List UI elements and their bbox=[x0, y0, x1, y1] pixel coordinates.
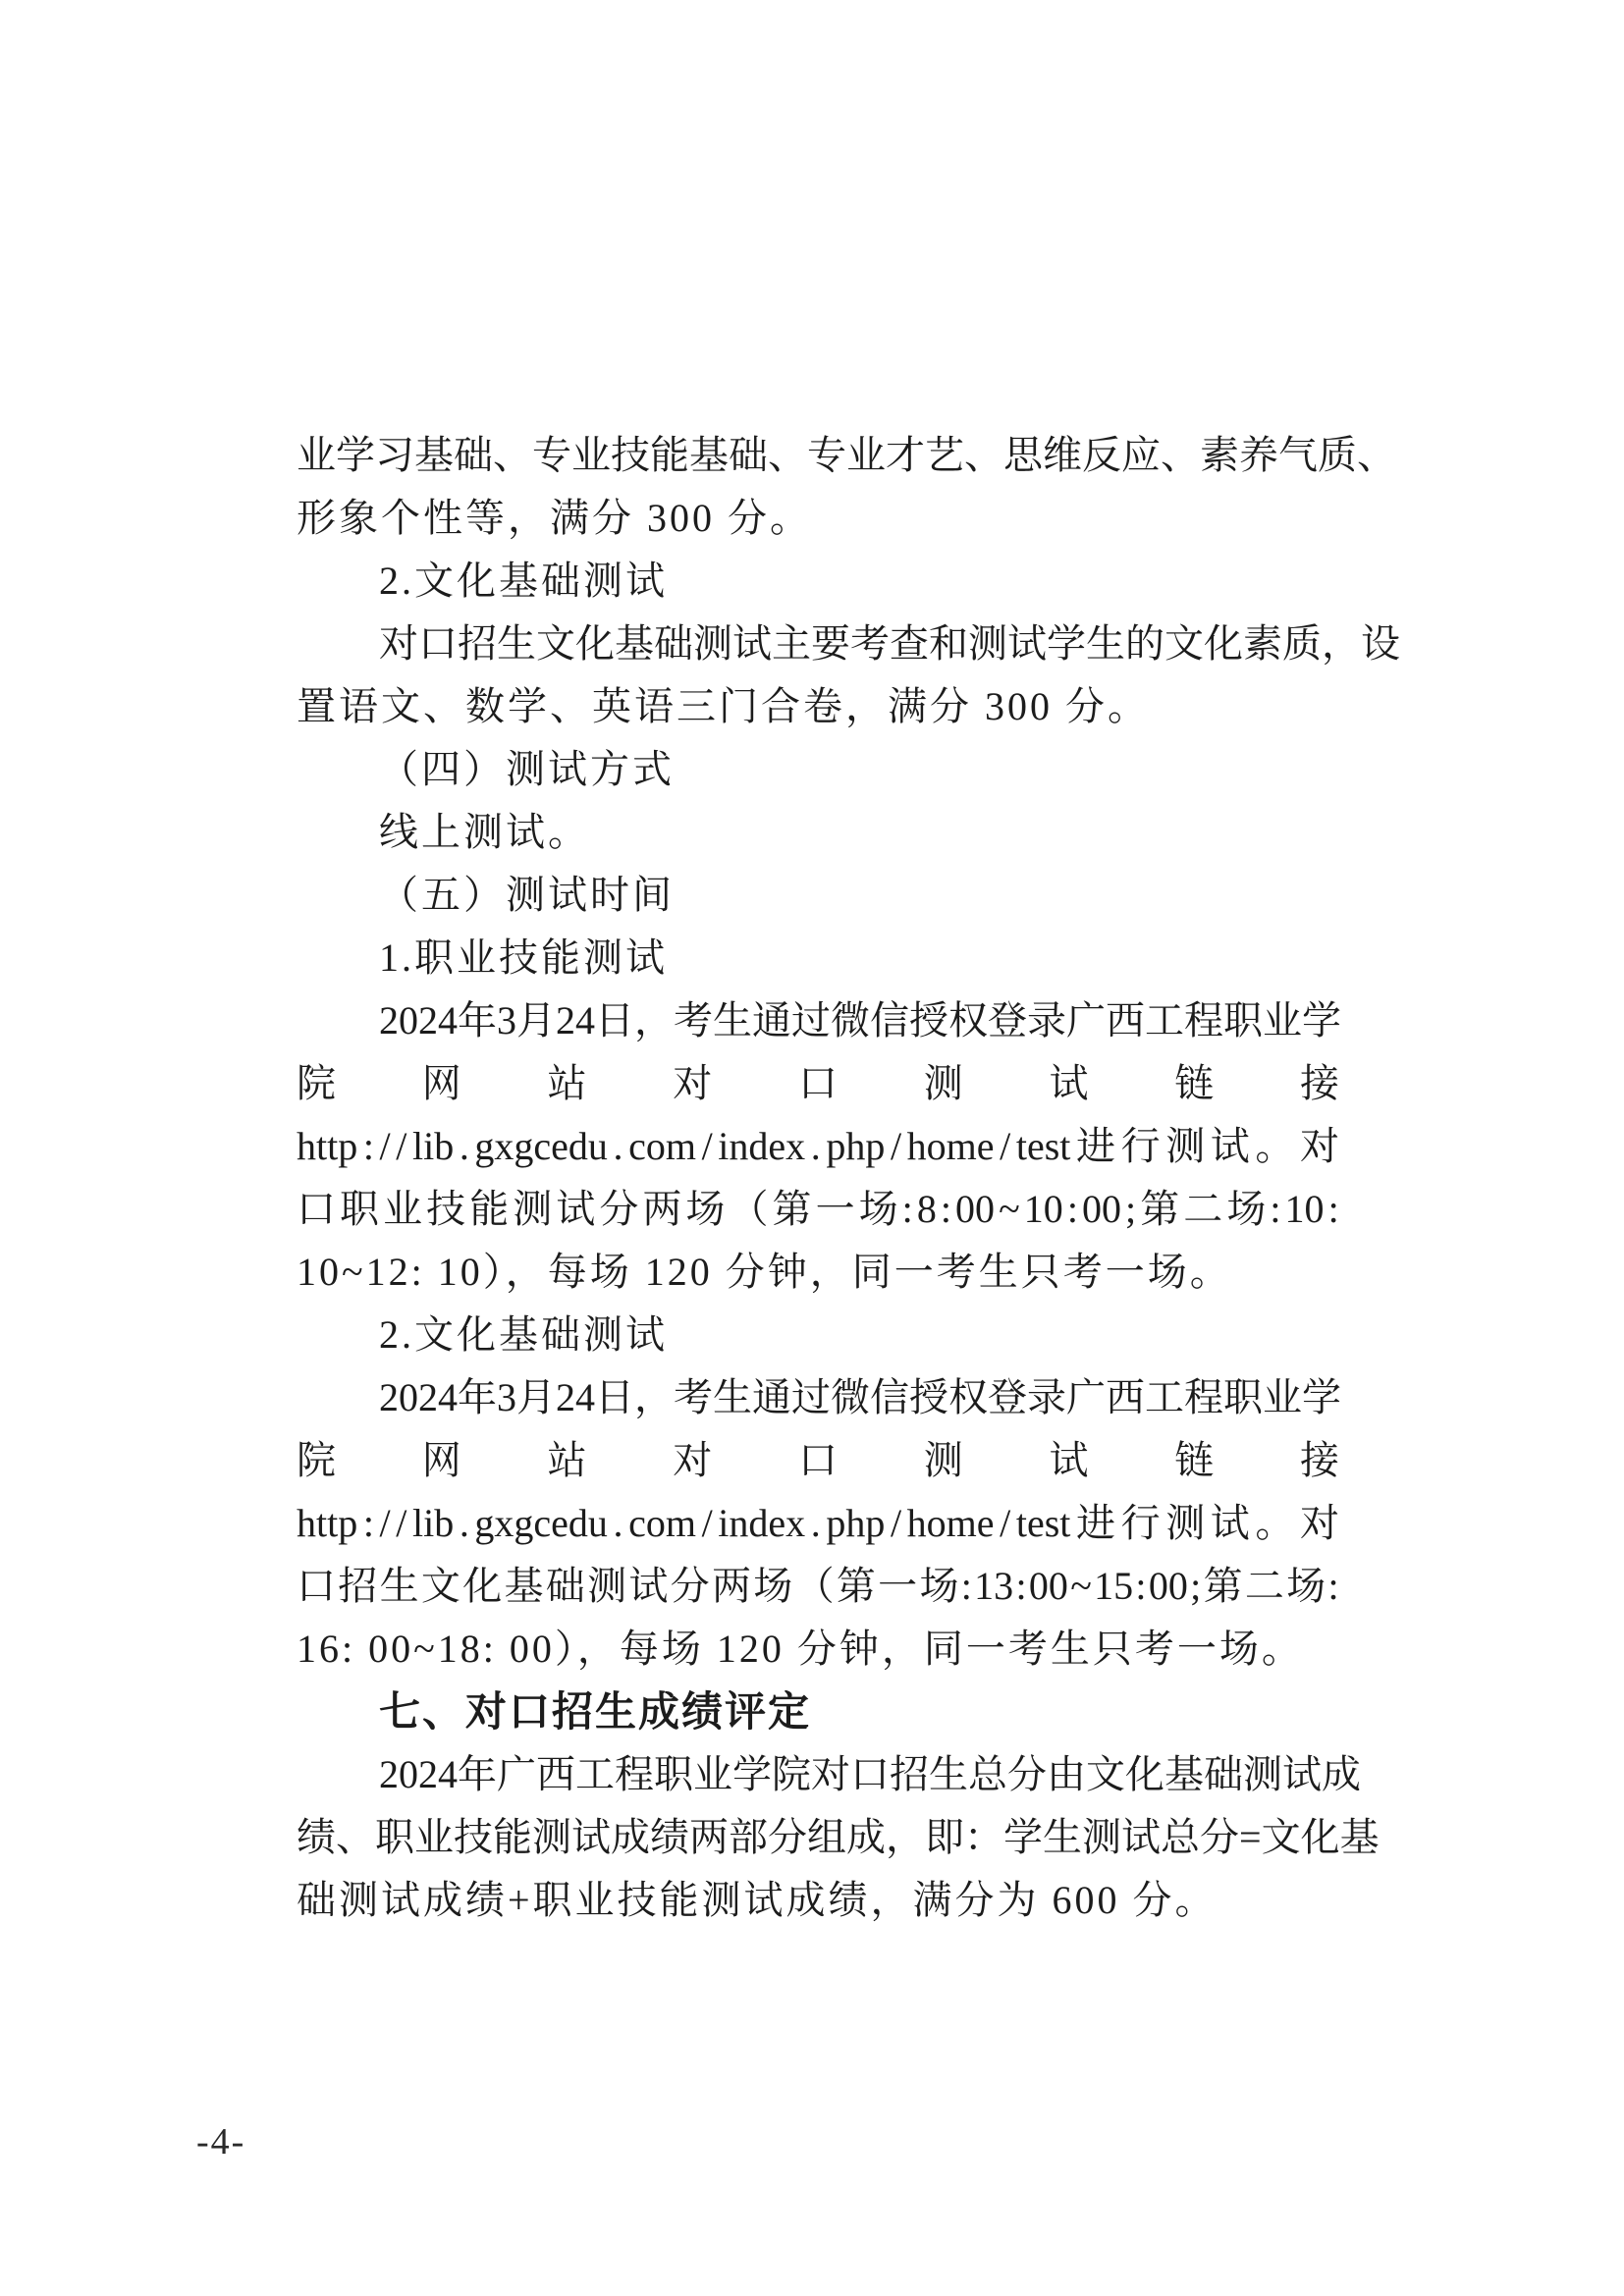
doc-line: 院网站对口测试链接 bbox=[297, 1429, 1339, 1492]
doc-subheading: 2.文化基础测试 bbox=[297, 1304, 1339, 1366]
doc-line: 2024年3月24日，考生通过微信授权登录广西工程职业学 bbox=[297, 989, 1339, 1052]
document-text-block: 业学习基础、专业技能基础、专业才艺、思维反应、素养气质、 形象个性等，满分 30… bbox=[297, 0, 1339, 1932]
doc-line: 绩、职业技能测试成绩两部分组成，即：学生测试总分=文化基 bbox=[297, 1806, 1339, 1869]
doc-line: 2024年3月24日，考生通过微信授权登录广西工程职业学 bbox=[297, 1366, 1339, 1429]
doc-line: 10~12: 10），每场 120 分钟，同一考生只考一场。 bbox=[297, 1241, 1339, 1304]
doc-line: 院网站对口测试链接 bbox=[297, 1052, 1339, 1115]
doc-subheading: （四）测试方式 bbox=[297, 738, 1339, 801]
doc-subheading: （五）测试时间 bbox=[297, 864, 1339, 927]
page-number: -4- bbox=[196, 2120, 245, 2163]
doc-line: 形象个性等，满分 300 分。 bbox=[297, 487, 1339, 550]
doc-line: 口职业技能测试分两场（第一场:8:00~10:00;第二场:10: bbox=[297, 1178, 1339, 1241]
doc-line-url: http://lib.gxgcedu.com/index.php/home/te… bbox=[297, 1115, 1339, 1178]
doc-line: 置语文、数学、英语三门合卷，满分 300 分。 bbox=[297, 675, 1339, 738]
document-page: 业学习基础、专业技能基础、专业才艺、思维反应、素养气质、 形象个性等，满分 30… bbox=[297, 0, 1339, 2296]
doc-section-heading: 七、对口招生成绩评定 bbox=[297, 1681, 1339, 1743]
doc-line: 口招生文化基础测试分两场（第一场:13:00~15:00;第二场: bbox=[297, 1555, 1339, 1618]
doc-line: 线上测试。 bbox=[297, 801, 1339, 864]
doc-line: 对口招生文化基础测试主要考查和测试学生的文化素质，设 bbox=[297, 613, 1339, 675]
doc-subheading: 1.职业技能测试 bbox=[297, 927, 1339, 989]
doc-line: 础测试成绩+职业技能测试成绩，满分为 600 分。 bbox=[297, 1869, 1339, 1932]
doc-line-url: http://lib.gxgcedu.com/index.php/home/te… bbox=[297, 1492, 1339, 1555]
doc-line: 业学习基础、专业技能基础、专业才艺、思维反应、素养气质、 bbox=[297, 424, 1339, 487]
doc-line: 2024年广西工程职业学院对口招生总分由文化基础测试成 bbox=[297, 1743, 1339, 1806]
doc-line: 2.文化基础测试 bbox=[297, 550, 1339, 613]
doc-line: 16: 00~18: 00），每场 120 分钟，同一考生只考一场。 bbox=[297, 1618, 1339, 1681]
